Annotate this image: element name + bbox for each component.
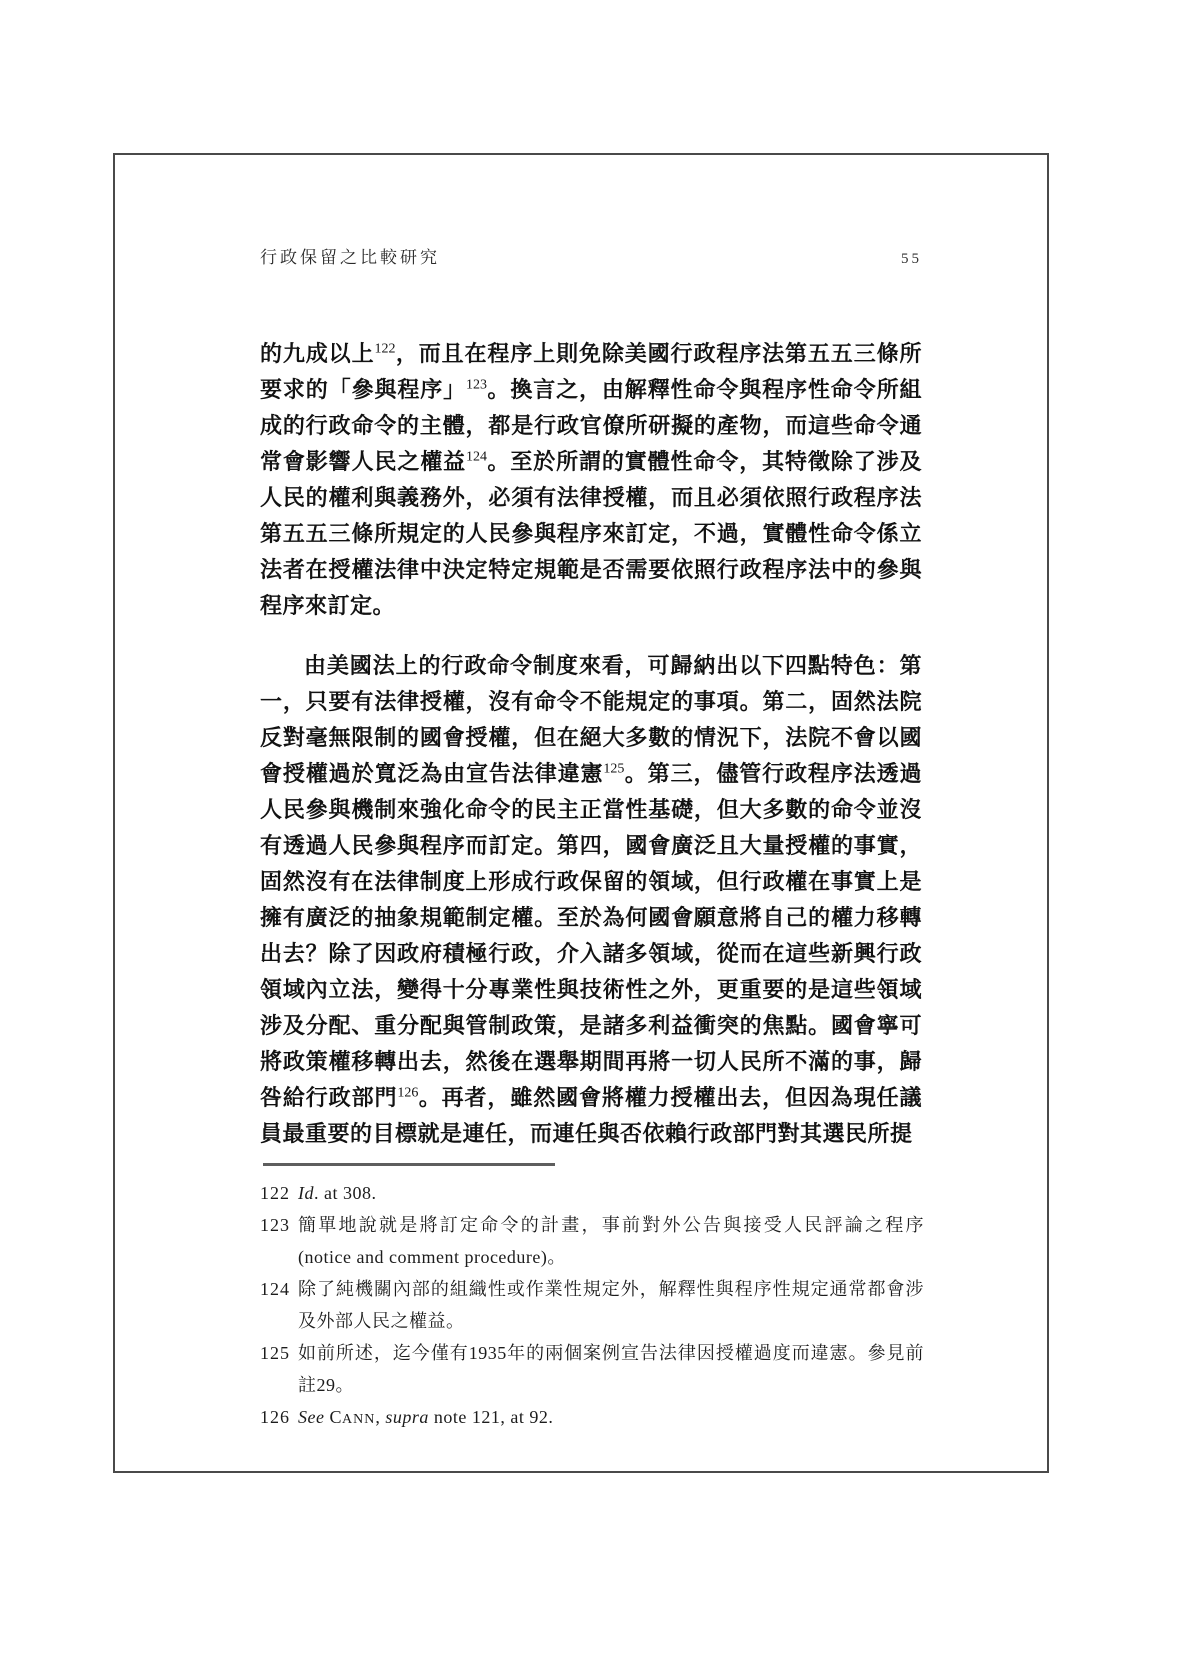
body-paragraph-1: 的九成以上122，而且在程序上則免除美國行政程序法第五五三條所要求的「參與程序」… (260, 336, 922, 624)
footnote-number: 123 (260, 1209, 298, 1273)
footnote-section: 122 Id. at 308. 123 簡單地說就是將訂定命令的計畫，事前對外公… (260, 1177, 924, 1436)
text-run: 。至於所謂的實體性命令，其特徵除了涉及人民的權利與義務外，必須有法律授權，而且必… (260, 449, 922, 618)
footnote-125: 125 如前所述，迄今僅有1935年的兩個案例宣告法律因授權過度而違憲。參見前註… (260, 1337, 924, 1401)
text-run: . at 308. (314, 1183, 377, 1203)
text-run: 如前所述，迄今僅有1935年的兩個案例宣告法律因授權過度而違憲。參見前註29。 (298, 1343, 924, 1395)
scanned-document-page: 行政保留之比較研究 55 的九成以上122，而且在程序上則免除美國行政程序法第五… (0, 0, 1177, 1664)
footnote-ref-123: 123 (466, 378, 487, 393)
text-run-italic: supra (385, 1407, 429, 1427)
body-text: 的九成以上122，而且在程序上則免除美國行政程序法第五五三條所要求的「參與程序」… (260, 336, 922, 1152)
footnote-text: Id. at 308. (298, 1177, 924, 1209)
text-run-italic: Id (298, 1183, 314, 1203)
footnote-number: 125 (260, 1337, 298, 1401)
footnote-text: 除了純機關內部的組織性或作業性規定外，解釋性與程序性規定通常都會涉及外部人民之權… (298, 1273, 924, 1337)
text-run: 簡單地說就是將訂定命令的計畫，事前對外公告與接受人民評論之程序(notice a… (298, 1215, 924, 1267)
text-run: 的九成以上 (260, 341, 374, 366)
footnote-ref-124: 124 (466, 450, 487, 465)
footnote-126: 126 See CANN, supra note 121, at 92. (260, 1401, 924, 1436)
text-run-smallcaps: C (329, 1407, 342, 1427)
page-header: 行政保留之比較研究 55 (260, 243, 922, 268)
footnote-124: 124 除了純機關內部的組織性或作業性規定外，解釋性與程序性規定通常都會涉及外部… (260, 1273, 924, 1337)
text-run-smallcaps: ANN (342, 1412, 375, 1427)
footnote-text: 如前所述，迄今僅有1935年的兩個案例宣告法律因授權過度而違憲。參見前註29。 (298, 1337, 924, 1401)
footnote-number: 124 (260, 1273, 298, 1337)
footnote-text: See CANN, supra note 121, at 92. (298, 1401, 924, 1436)
text-run: 除了純機關內部的組織性或作業性規定外，解釋性與程序性規定通常都會涉及外部人民之權… (298, 1279, 924, 1331)
text-run: note 121, at 92. (429, 1407, 553, 1427)
page-number: 55 (901, 251, 922, 268)
running-title: 行政保留之比較研究 (260, 243, 440, 268)
body-paragraph-2: 由美國法上的行政命令制度來看，可歸納出以下四點特色：第一，只要有法律授權，沒有命… (260, 648, 922, 1152)
footnote-ref-122: 122 (374, 342, 395, 357)
footnote-122: 122 Id. at 308. (260, 1177, 924, 1209)
footnote-123: 123 簡單地說就是將訂定命令的計畫，事前對外公告與接受人民評論之程序(noti… (260, 1209, 924, 1273)
footnote-text: 簡單地說就是將訂定命令的計畫，事前對外公告與接受人民評論之程序(notice a… (298, 1209, 924, 1273)
footnote-separator-rule (263, 1163, 555, 1166)
text-run: , (375, 1407, 385, 1427)
footnote-number: 122 (260, 1177, 298, 1209)
footnote-ref-125: 125 (603, 762, 624, 777)
footnote-number: 126 (260, 1401, 298, 1436)
text-run: 。第三，儘管行政程序法透過人民參與機制來強化命令的民主正當性基礎，但大多數的命令… (260, 761, 922, 1110)
footnote-ref-126: 126 (397, 1086, 418, 1101)
text-run-italic: See (298, 1407, 324, 1427)
page-border-frame: 行政保留之比較研究 55 的九成以上122，而且在程序上則免除美國行政程序法第五… (113, 153, 1049, 1473)
